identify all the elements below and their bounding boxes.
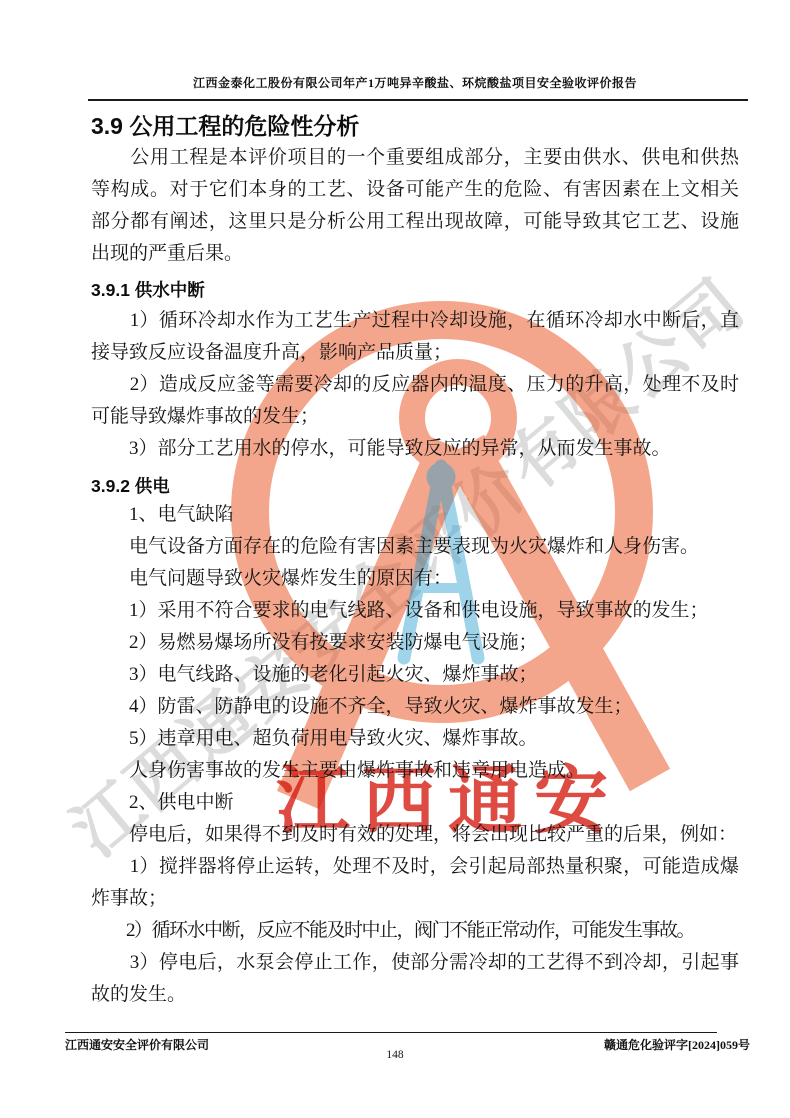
text-line: 2）易燃易爆场所没有按要求安装防爆电气设施； <box>91 627 739 659</box>
text-line: 故的发生。 <box>91 979 739 1011</box>
text-line: 1）循环冷却水作为工艺生产过程中冷却设施，在循环冷却水中断后，直 <box>91 305 739 337</box>
text-line: 电气问题导致火灾爆炸发生的原因有： <box>91 563 739 595</box>
document-page: 江西通安安全评价有限公司 江西通安 江西金泰化工股份有限公司年产1万吨异辛酸盐、… <box>0 0 790 1118</box>
footer-rule <box>65 1032 717 1033</box>
text-line: 人身伤害事故的发生主要由爆炸事故和违章用电造成。 <box>91 755 739 787</box>
header-title: 江西金泰化工股份有限公司年产1万吨异辛酸盐、环烷酸盐项目安全验收评价报告 <box>91 74 739 91</box>
text-line: 3）部分工艺用水的停水，可能导致反应的异常，从而发生事故。 <box>91 433 739 465</box>
text-line: 4）防雷、防静电的设施不齐全，导致火灾、爆炸事故发生； <box>91 691 739 723</box>
text-line: 3）停电后，水泵会停止工作，使部分需冷却的工艺得不到冷却，引起事 <box>91 947 739 979</box>
text-line: 部分都有阐述，这里只是分析公用工程出现故障，可能导致其它工艺、设施 <box>91 206 739 238</box>
text-line: 2、供电中断 <box>91 787 739 819</box>
header-rule <box>88 99 748 101</box>
text-line: 2）造成反应釜等需要冷却的反应器内的温度、压力的升高，处理不及时 <box>91 369 739 401</box>
text-line: 等构成。对于它们本身的工艺、设备可能产生的危险、有害因素在上文相关 <box>91 174 739 206</box>
section-heading: 3.9 公用工程的危险性分析 <box>91 110 739 142</box>
text-line: 5）违章用电、超负荷用电导致火灾、爆炸事故。 <box>91 723 739 755</box>
text-line: 可能导致爆炸事故的发生； <box>91 401 739 433</box>
text-line: 出现的严重后果。 <box>91 238 739 270</box>
page-number: 148 <box>0 1049 790 1061</box>
text-line: 1、电气缺陷 <box>91 499 739 531</box>
text-line: 公用工程是本评价项目的一个重要组成部分，主要由供水、供电和供热 <box>91 142 739 174</box>
section-heading: 3.9.2 供电 <box>91 473 739 499</box>
section-heading: 3.9.1 供水中断 <box>91 275 739 305</box>
text-line: 接导致反应设备温度升高，影响产品质量； <box>91 337 739 369</box>
text-line: 停电后，如果得不到及时有效的处理，将会出现比较严重的后果，例如： <box>91 819 739 851</box>
text-line: 1）搅拌器将停止运转，处理不及时，会引起局部热量积聚，可能造成爆 <box>91 851 739 883</box>
text-line: 2）循环水中断，反应不能及时中止，阀门不能正常动作，可能发生事故。 <box>91 915 739 947</box>
text-line: 电气设备方面存在的危险有害因素主要表现为火灾爆炸和人身伤害。 <box>91 531 739 563</box>
content-blocks: 3.9 公用工程的危险性分析 公用工程是本评价项目的一个重要组成部分，主要由供水… <box>91 110 739 1011</box>
text-line: 炸事故； <box>91 883 739 915</box>
text-line: 3）电气线路、设施的老化引起火灾、爆炸事故； <box>91 659 739 691</box>
text-line: 1）采用不符合要求的电气线路、设备和供电设施，导致事故的发生； <box>91 595 739 627</box>
